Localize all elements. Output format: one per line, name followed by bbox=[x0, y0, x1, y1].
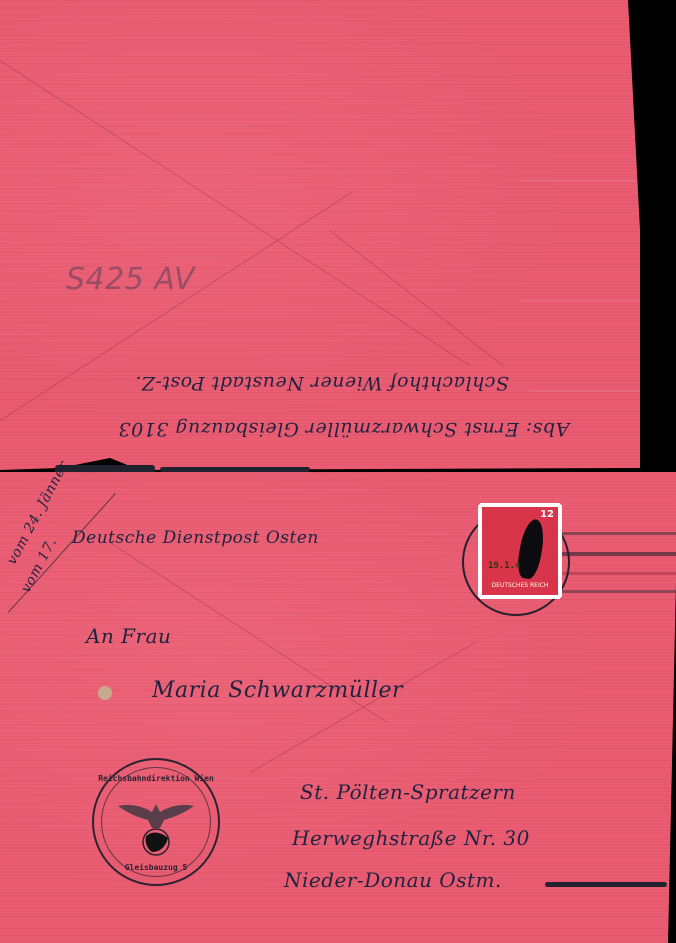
scan-streak bbox=[560, 590, 676, 593]
envelope-back bbox=[0, 0, 640, 470]
stamp-value: 12 bbox=[540, 509, 554, 520]
tear-shadow bbox=[160, 467, 310, 472]
stamp-country: DEUTSCHES REICH bbox=[482, 582, 558, 589]
seal-bottom-text: Gleisbauzug 5 bbox=[94, 863, 218, 872]
sender-line-1: Abs: Ernst Schwarzmüller Gleisbauzug 310… bbox=[118, 418, 569, 440]
ink-underline bbox=[545, 882, 667, 887]
fold-line bbox=[329, 230, 503, 366]
sender-line-2: Schlachthof Wiener Neustadt Post-Z. bbox=[135, 372, 509, 394]
address-city: St. Pölten-Spratzern bbox=[300, 780, 516, 804]
address-region: Nieder-Donau Ostm. bbox=[284, 868, 502, 892]
fold-line bbox=[0, 60, 470, 366]
fold-line bbox=[250, 642, 476, 773]
scan-streak bbox=[560, 572, 676, 575]
pencil-archive-note: S425 AV bbox=[66, 262, 195, 297]
scan-streak bbox=[520, 180, 640, 182]
postmark-date: 19.1.4 bbox=[488, 561, 521, 571]
scan-streak bbox=[560, 552, 676, 556]
address-street: Herweghstraße Nr. 30 bbox=[292, 826, 530, 850]
scan-streak bbox=[530, 390, 640, 392]
stamp-ink-blot bbox=[515, 518, 547, 581]
official-seal: Reichsbahndirektion Wien Gleisbauzug 5 bbox=[92, 758, 220, 886]
seal-top-text: Reichsbahndirektion Wien bbox=[94, 774, 218, 783]
salutation: An Frau bbox=[86, 624, 171, 648]
stain bbox=[98, 686, 112, 700]
postage-stamp: 12 19.1.4 DEUTSCHES REICH bbox=[478, 503, 562, 599]
scan-streak bbox=[560, 532, 676, 535]
recipient-name: Maria Schwarzmüller bbox=[152, 678, 403, 703]
eagle-emblem-icon bbox=[116, 798, 196, 858]
service-note: Deutsche Dienstpost Osten bbox=[72, 528, 319, 548]
scan-streak bbox=[520, 300, 640, 302]
